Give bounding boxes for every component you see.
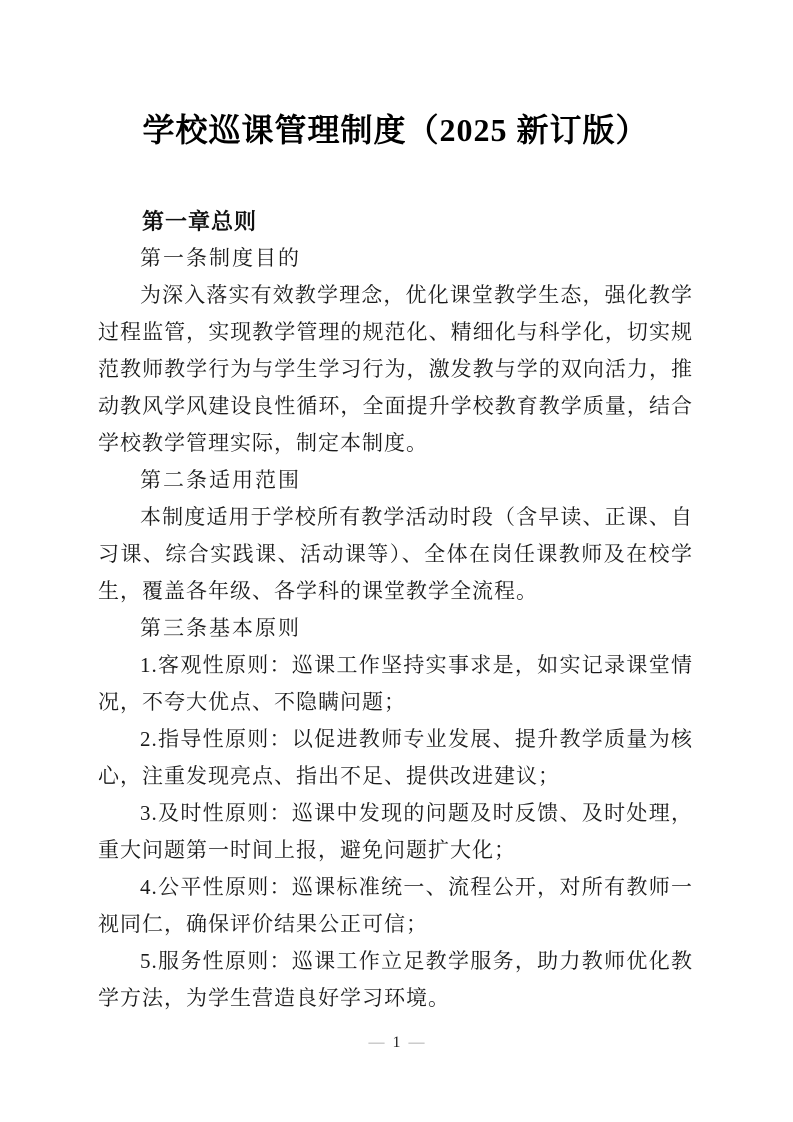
- page-number: 1: [391, 1034, 403, 1051]
- footer-dash-right: —: [403, 1034, 431, 1051]
- paragraph: 5.服务性原则：巡课工作立足教学服务，助力教师优化教学方法，为学生营造良好学习环…: [98, 943, 693, 1017]
- document-content: 学校巡课管理制度（2025 新订版） 第一章总则 第一条制度目的 为深入落实有效…: [98, 0, 693, 1017]
- paragraph: 本制度适用于学校所有教学活动时段（含早读、正课、自习课、综合实践课、活动课等）、…: [98, 499, 693, 610]
- paragraph: 3.及时性原则：巡课中发现的问题及时反馈、及时处理，重大问题第一时间上报，避免问…: [98, 795, 693, 869]
- document-title: 学校巡课管理制度（2025 新订版）: [98, 106, 693, 154]
- footer-dash-left: —: [363, 1034, 391, 1051]
- paragraph: 为深入落实有效教学理念，优化课堂教学生态，强化教学过程监管，实现教学管理的规范化…: [98, 277, 693, 462]
- chapter-heading: 第一章总则: [98, 203, 693, 240]
- paragraph: 2.指导性原则：以促进教师专业发展、提升教学质量为核心，注重发现亮点、指出不足、…: [98, 721, 693, 795]
- paragraph: 4.公平性原则：巡课标准统一、流程公开，对所有教师一视同仁，确保评价结果公正可信…: [98, 869, 693, 943]
- section-heading-3: 第三条基本原则: [98, 610, 693, 647]
- page-footer: —1—: [0, 1032, 793, 1054]
- paragraph: 1.客观性原则：巡课工作坚持实事求是，如实记录课堂情况，不夸大优点、不隐瞒问题；: [98, 647, 693, 721]
- section-heading-2: 第二条适用范围: [98, 462, 693, 499]
- section-heading-1: 第一条制度目的: [98, 240, 693, 277]
- document-page: 学校巡课管理制度（2025 新订版） 第一章总则 第一条制度目的 为深入落实有效…: [0, 0, 793, 1122]
